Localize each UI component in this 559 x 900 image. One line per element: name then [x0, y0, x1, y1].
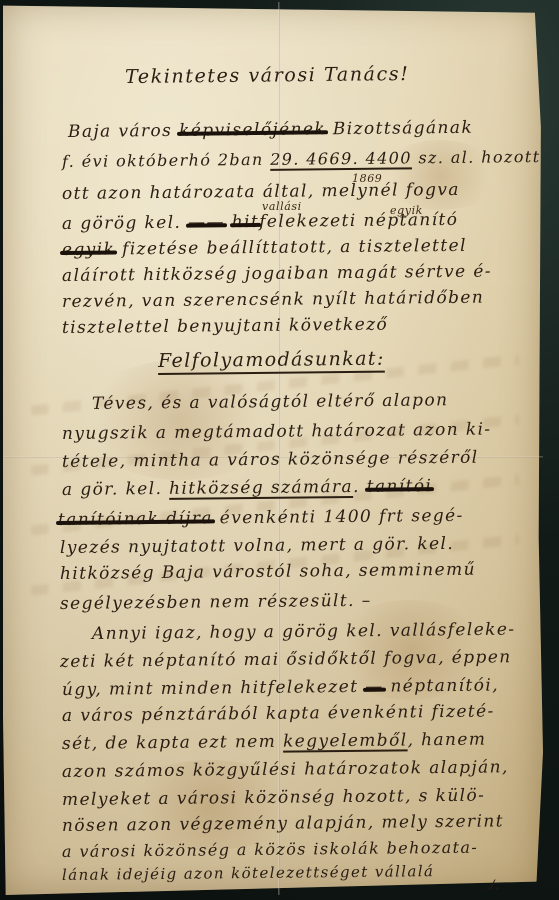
page-continuation-mark: ./. [486, 878, 499, 893]
letter-line: a gör. kel. hitközség számára. tanítói [62, 476, 433, 500]
letter-line: ott azon határozata által, melynél fogva [62, 180, 460, 204]
letter-line: tisztelettel benyujtani következő [62, 315, 388, 338]
letter-line: a görög kel. —— hitfelekezeti néptanító [62, 210, 459, 234]
section-heading: Felfolyamodásunkat: [158, 348, 385, 372]
letter-line: tanítóinak díjra évenkénti 1400 frt segé… [58, 506, 464, 530]
letter-line: Baja város képviselőjének Bizottságának [68, 118, 473, 142]
letter-line: segélyezésben nem részesült. – [60, 591, 372, 614]
letter-line: egyik fizetése beállíttatott, a tisztele… [62, 236, 467, 260]
salutation: Tekintetes városi Tanács! [125, 63, 410, 88]
letter-line: Téves, és a valóságtól eltérő alapon [92, 390, 449, 414]
letter-line: lyezés nyujtatott volna, mert a gör. kel… [60, 534, 454, 558]
